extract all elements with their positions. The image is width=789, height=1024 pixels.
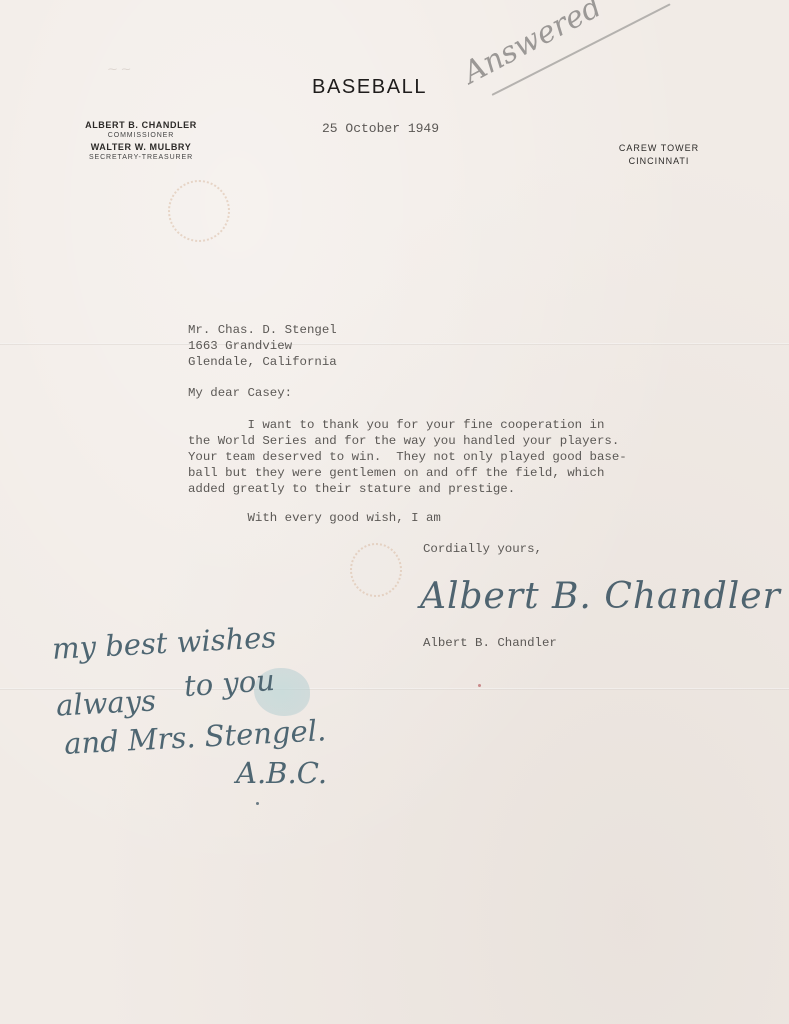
officer-name: WALTER W. MULBRY [76, 143, 206, 152]
ink-dot [478, 684, 481, 687]
officer-name: ALBERT B. CHANDLER [76, 121, 206, 130]
ring-stain [350, 543, 402, 597]
closing-wish: With every good wish, I am [188, 511, 441, 525]
salutation: My dear Casey: [188, 386, 292, 400]
postscript-line: to you [183, 663, 276, 703]
letterhead-officers: ALBERT B. CHANDLER COMMISSIONER WALTER W… [76, 121, 206, 161]
letter-page: ⁓ ⁓ BASEBALL ALBERT B. CHANDLER COMMISSI… [0, 0, 789, 1024]
ink-dot [256, 802, 259, 805]
postscript-initials: A.B.C. [236, 756, 327, 790]
handwritten-signature: Albert B. Chandler [420, 576, 781, 617]
officer-title: SECRETARY-TREASURER [76, 154, 206, 161]
complimentary-close: Cordially yours, [423, 542, 542, 556]
recipient-city: Glendale, California [188, 354, 337, 370]
address-line: CAREW TOWER [604, 142, 714, 155]
embossed-mark: ⁓ ⁓ [108, 64, 132, 75]
letter-body: I want to thank you for your fine cooper… [188, 417, 627, 497]
letterhead-address: CAREW TOWER CINCINNATI [604, 142, 714, 168]
officer-title: COMMISSIONER [76, 132, 206, 139]
letter-date: 25 October 1949 [322, 121, 439, 136]
ring-stain [168, 180, 230, 242]
recipient-address: Mr. Chas. D. Stengel1663 GrandviewGlenda… [188, 322, 337, 370]
recipient-name: Mr. Chas. D. Stengel [188, 322, 337, 338]
recipient-street: 1663 Grandview [188, 338, 337, 354]
postscript-line: always [55, 683, 157, 722]
postscript-line: and Mrs. Stengel. [63, 713, 327, 761]
typed-signature: Albert B. Chandler [423, 636, 557, 650]
letterhead-brand: BASEBALL [312, 76, 427, 99]
address-line: CINCINNATI [604, 155, 714, 168]
fold-crease-upper [0, 343, 789, 345]
postscript-line: my best wishes [51, 620, 277, 666]
